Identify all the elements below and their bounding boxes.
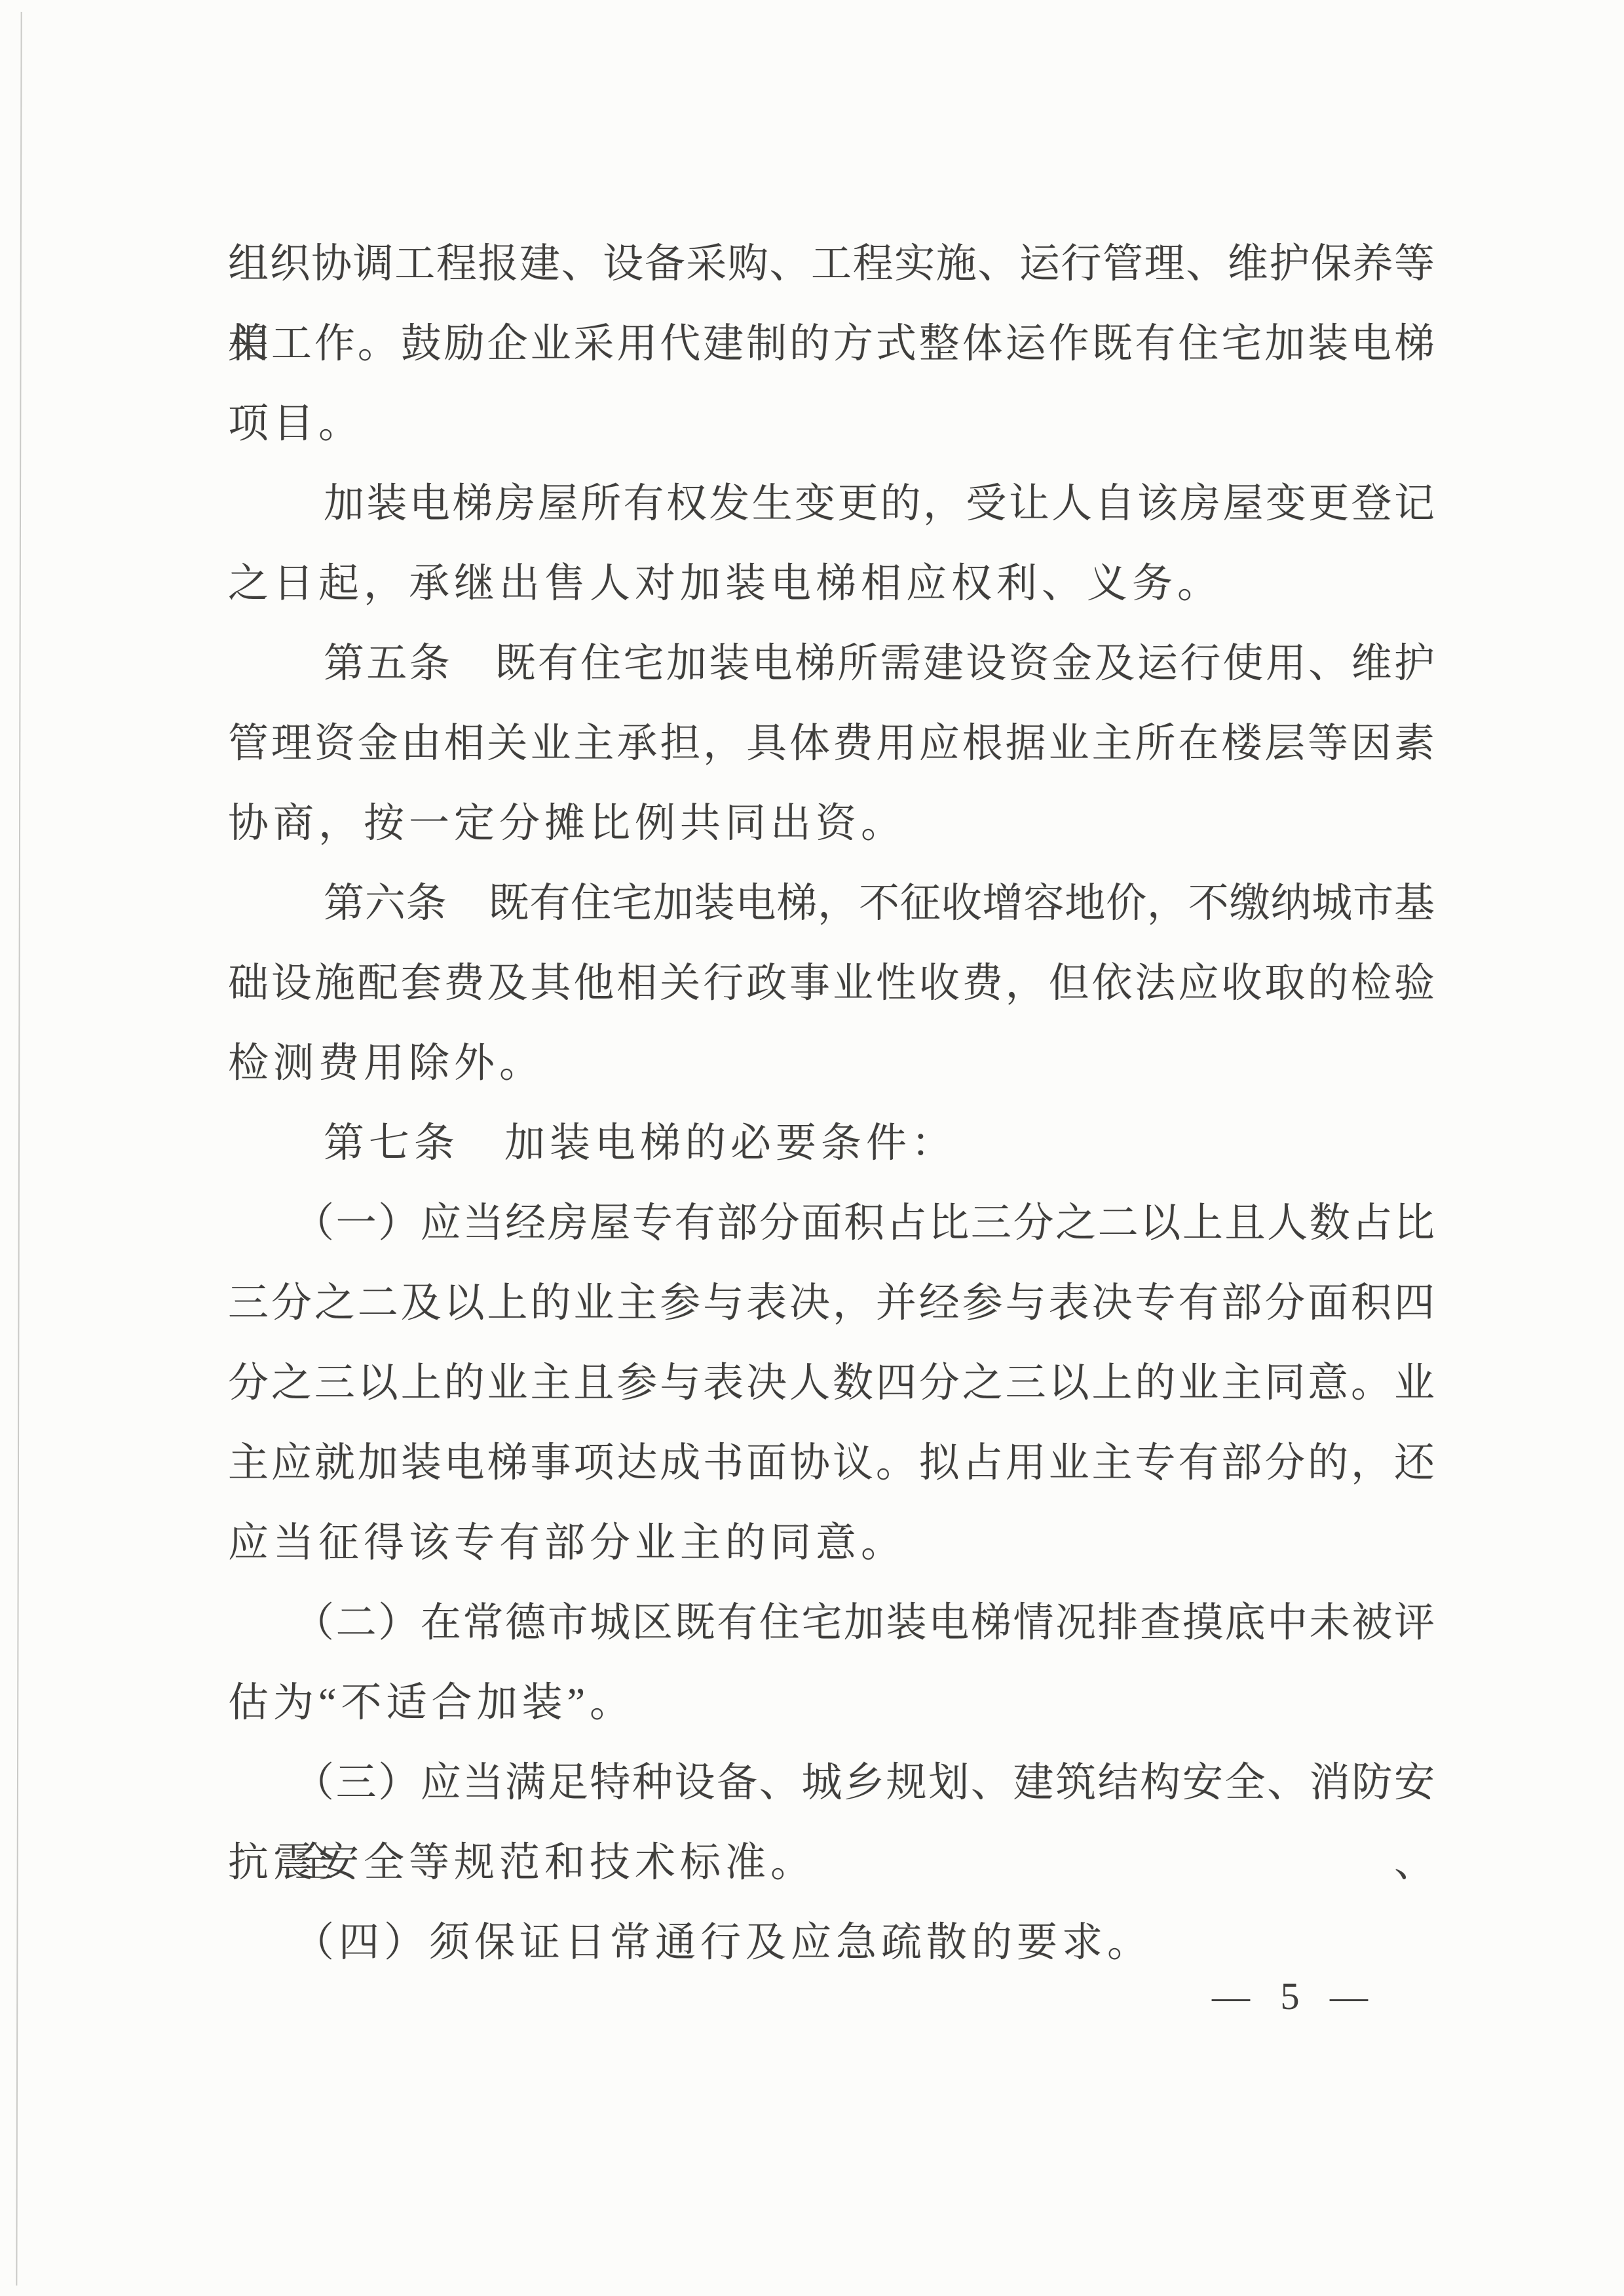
scan-artifact-line — [16, 12, 22, 2286]
doc-line: 础设施配套费及其他相关行政事业性收费，但依法应收取的检验 — [228, 944, 1435, 1024]
doc-line: 主应就加装电梯事项达成书面协议。拟占用业主专有部分的，还 — [228, 1423, 1435, 1503]
doc-line: 关工作。鼓励企业采用代建制的方式整体运作既有住宅加装电梯 — [228, 304, 1435, 384]
doc-line: 管理资金由相关业主承担，具体费用应根据业主所在楼层等因素 — [228, 704, 1435, 784]
doc-line: （三）应当满足特种设备、城乡规划、建筑结构安全、消防安全、 — [228, 1743, 1435, 1823]
doc-line: 第六条 既有住宅加装电梯，不征收增容地价，不缴纳城市基 — [228, 864, 1435, 944]
doc-line: 第七条 加装电梯的必要条件： — [228, 1103, 1435, 1183]
doc-line: 第五条 既有住宅加装电梯所需建设资金及运行使用、维护 — [228, 624, 1435, 704]
doc-line: 三分之二及以上的业主参与表决，并经参与表决专有部分面积四 — [228, 1263, 1435, 1343]
scanned-document-page: 组织协调工程报建、设备采购、工程实施、运行管理、维护保养等相 关工作。鼓励企业采… — [0, 0, 1624, 2296]
doc-line: 检测费用除外。 — [228, 1024, 1435, 1103]
doc-line: 分之三以上的业主且参与表决人数四分之三以上的业主同意。业 — [228, 1343, 1435, 1423]
doc-line: 估为“不适合加装”。 — [228, 1663, 1435, 1743]
doc-line: 加装电梯房屋所有权发生变更的，受让人自该房屋变更登记 — [228, 464, 1435, 544]
doc-line: 项目。 — [228, 384, 1435, 464]
page-number: — 5 — — [1212, 1957, 1378, 2037]
doc-line: 应当征得该专有部分业主的同意。 — [228, 1503, 1435, 1583]
doc-line: （二）在常德市城区既有住宅加装电梯情况排查摸底中未被评 — [228, 1583, 1435, 1663]
doc-line: 之日起，承继出售人对加装电梯相应权利、义务。 — [228, 544, 1435, 624]
doc-line: （一）应当经房屋专有部分面积占比三分之二以上且人数占比 — [228, 1183, 1435, 1263]
doc-line: 组织协调工程报建、设备采购、工程实施、运行管理、维护保养等相 — [228, 224, 1435, 304]
document-body: 组织协调工程报建、设备采购、工程实施、运行管理、维护保养等相 关工作。鼓励企业采… — [228, 224, 1435, 1983]
doc-line: 协商，按一定分摊比例共同出资。 — [228, 784, 1435, 864]
